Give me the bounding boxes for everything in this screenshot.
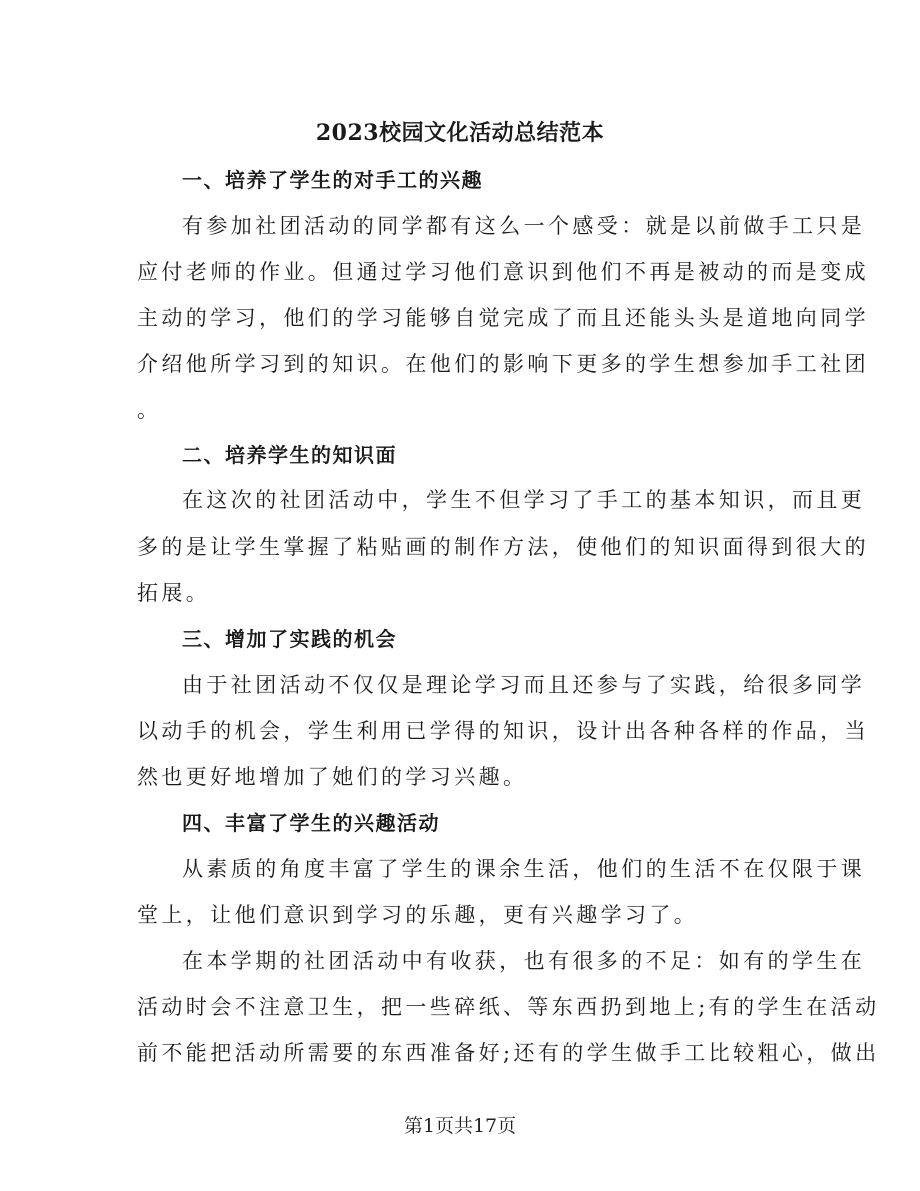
paragraph-line: 从素质的角度丰富了学生的课余生活，他们的生活不在仅限于课 [182,855,865,883]
page-indicator: 第1页共17页 [0,1111,920,1138]
paragraph-line: 由于社团活动不仅仅是理论学习而且还参与了实践，给很多同学 [182,671,865,699]
paragraph-line: 堂上，让他们意识到学习的乐趣，更有兴趣学习了。 [137,901,698,929]
paragraph-line: 多的是让学生掌握了粘贴画的制作方法，使他们的知识面得到很大的 [137,533,869,561]
paragraph-line: 有参加社团活动的同学都有这么一个感受：就是以前做手工只是 [182,212,865,240]
section-heading-2: 二、培养学生的知识面 [182,441,397,469]
section-heading-4: 四、丰富了学生的兴趣活动 [182,809,440,837]
paragraph-line: 前不能把活动所需要的东西准备好;还有的学生做手工比较粗心，做出 [137,1039,879,1067]
paragraph-line: 在这次的社团活动中，学生不但学习了手工的基本知识，而且更 [182,486,865,514]
paragraph-line: 然也更好地增加了她们的学习兴趣。 [137,763,527,791]
paragraph-line: 在本学期的社团活动中有收获，也有很多的不足：如有的学生在 [182,947,865,975]
paragraph-line: 活动时会不注意卫生，把一些碎纸、等东西扔到地上;有的学生在活动 [137,993,879,1021]
paragraph-line: 拓展。 [137,579,210,607]
paragraph-line: 主动的学习，他们的学习能够自觉完成了而且还能头头是道地向同学 [137,304,869,332]
document-title: 2023校园文化活动总结范本 [0,116,920,147]
paragraph-line: 以动手的机会，学生利用已学得的知识，设计出各种各样的作品，当 [137,717,869,745]
paragraph-line: 应付老师的作业。但通过学习他们意识到他们不再是被动的而是变成 [137,258,869,286]
section-heading-1: 一、培养了学生的对手工的兴趣 [182,166,483,194]
paragraph-line: 介绍他所学习到的知识。在他们的影响下更多的学生想参加手工社团 [137,350,869,378]
paragraph-line: 。 [137,396,161,424]
section-heading-3: 三、增加了实践的机会 [182,625,397,653]
